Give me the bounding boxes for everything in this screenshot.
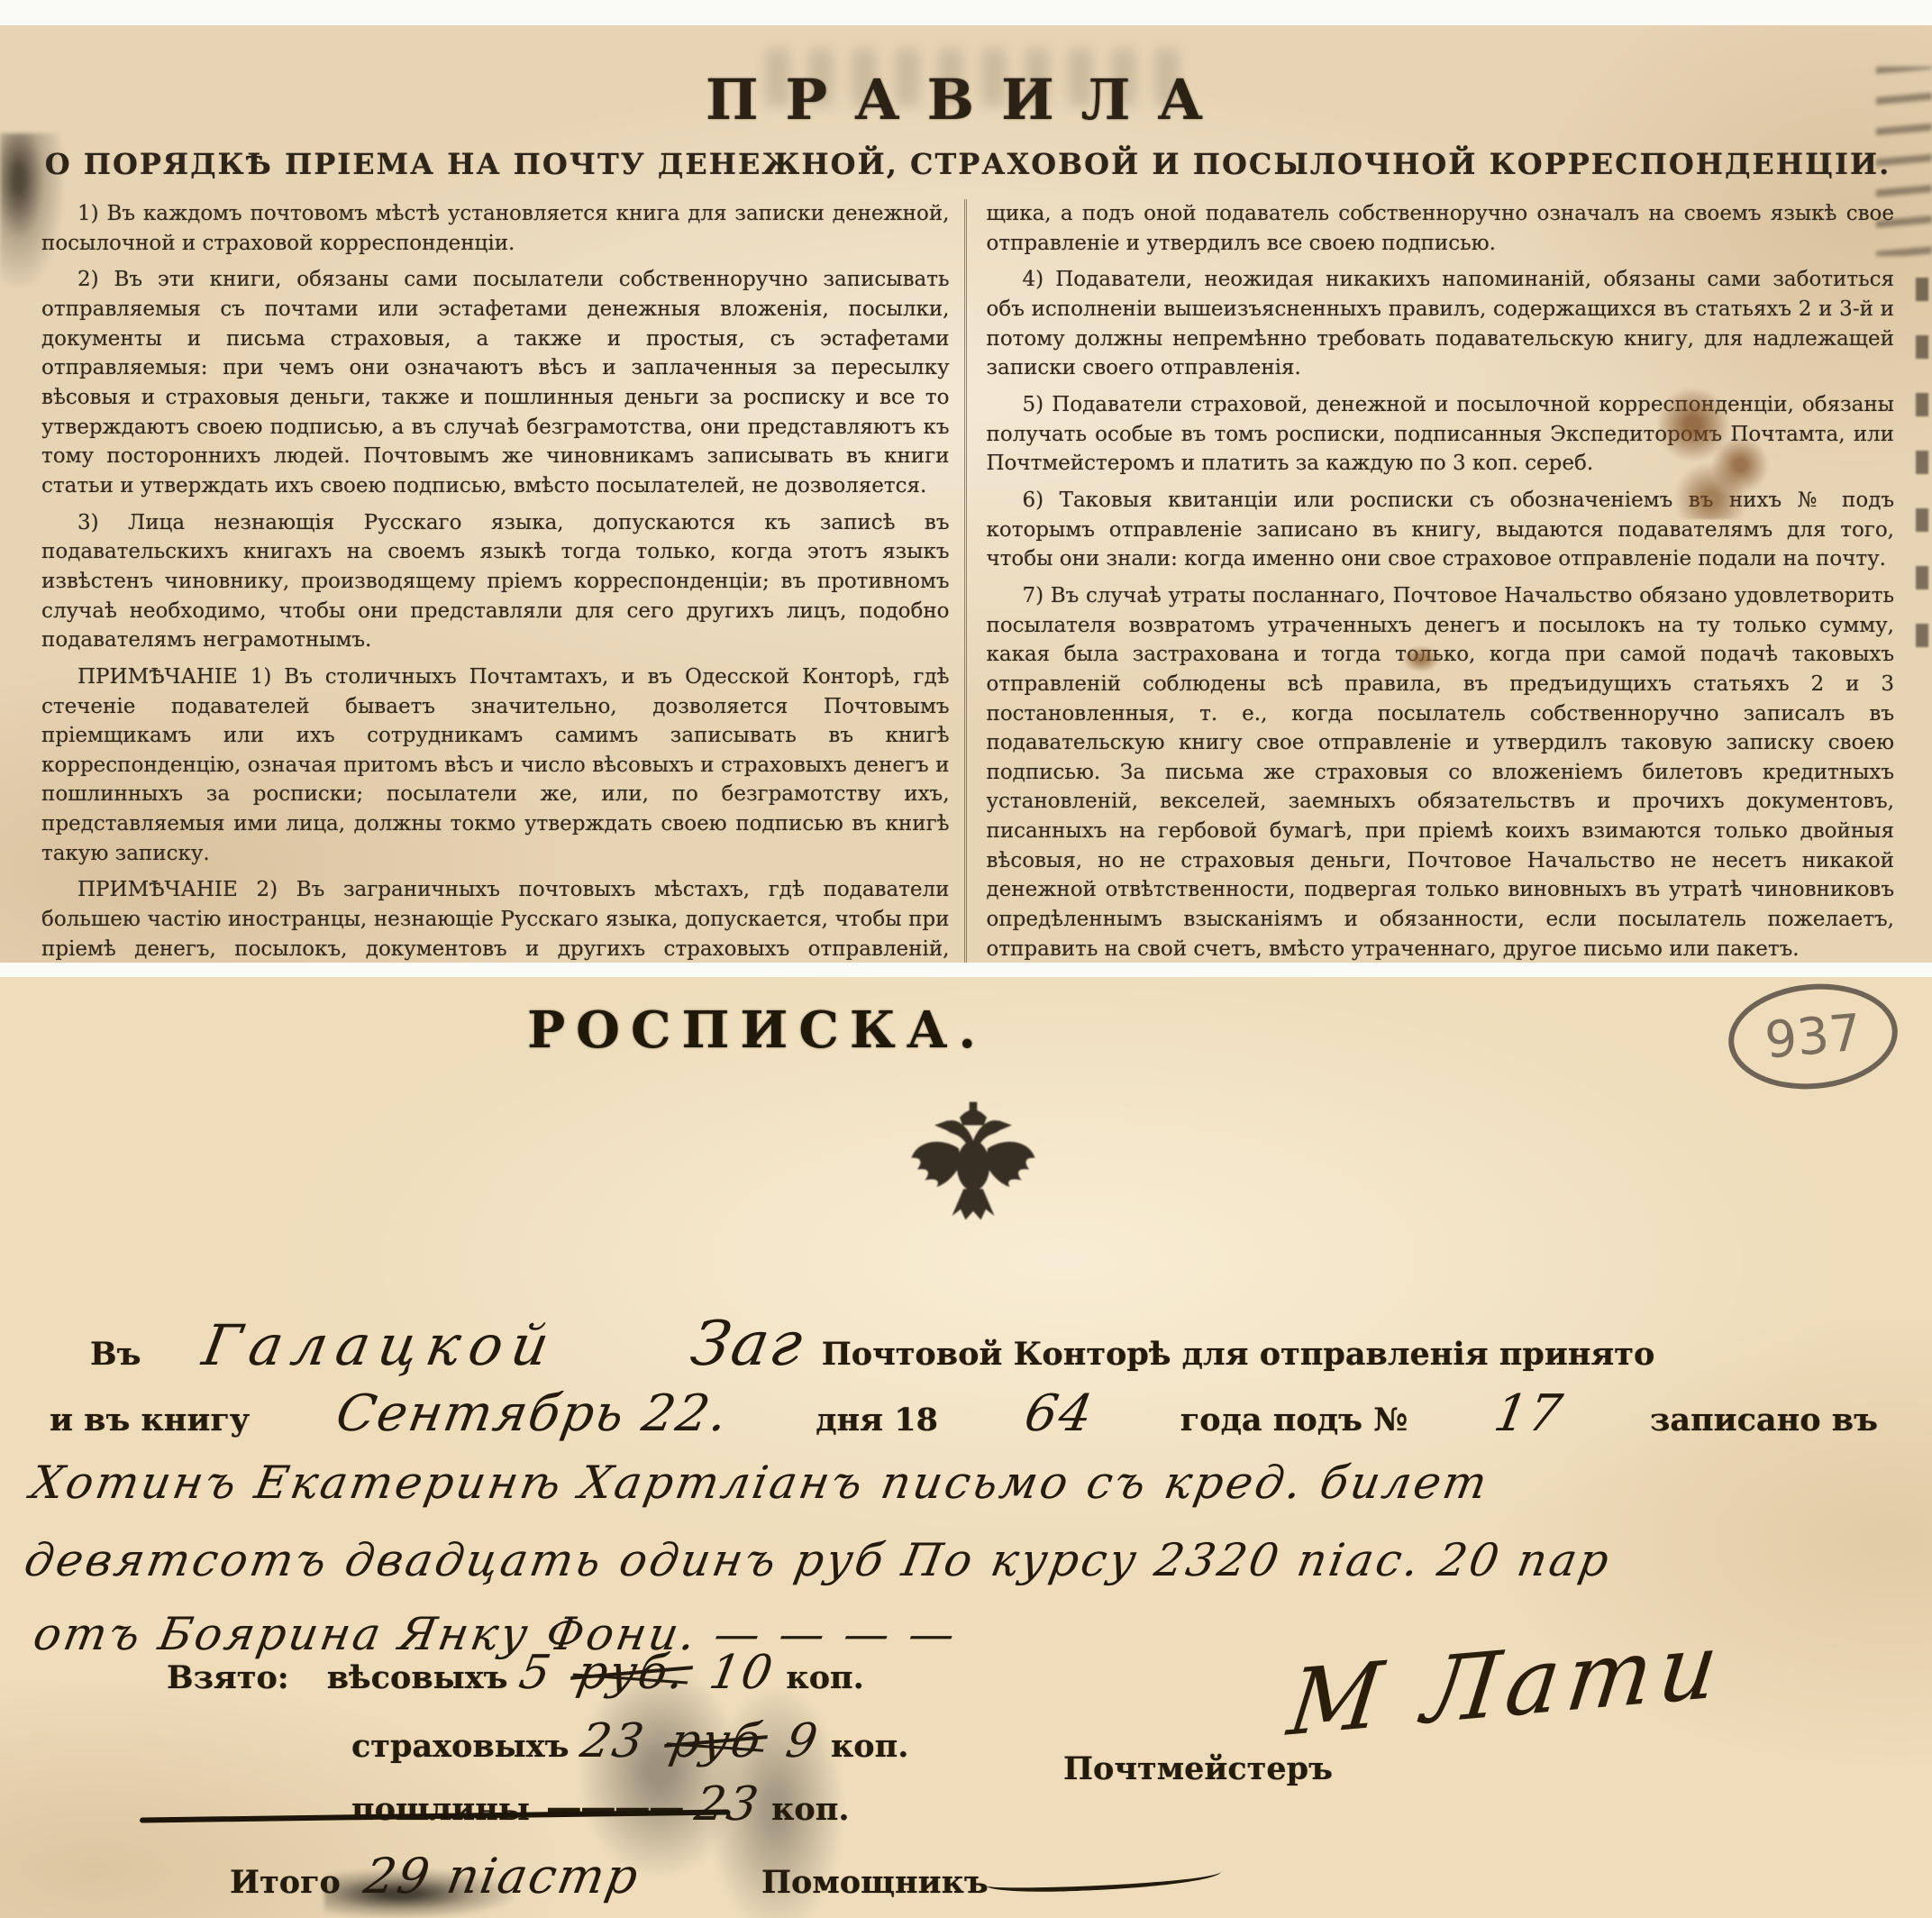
postmaster-label: Почтмейстеръ bbox=[1063, 1750, 1333, 1787]
charge-label: пошлины bbox=[351, 1791, 530, 1828]
office-label: Почтовой Конторѣ для отправленія принято bbox=[822, 1336, 1655, 1373]
in-label: Въ bbox=[90, 1336, 141, 1373]
rule-paragraph: 3) Лица незнающія Русскаго языка, допуск… bbox=[41, 508, 950, 655]
taken-label: Взято: bbox=[167, 1659, 289, 1696]
receipt-title: РОСПИСКА. bbox=[234, 1000, 1280, 1060]
day-label: дня 18 bbox=[816, 1402, 938, 1438]
rule-paragraph: 6) Таковыя квитанціи или росписки съ обо… bbox=[987, 486, 1895, 574]
rule-note-paragraph: ПРИМѢЧАНІЕ 1) Въ столичныхъ Почтамтахъ, … bbox=[41, 662, 950, 869]
handwritten-amount: 9 bbox=[782, 1714, 824, 1768]
handwritten-entry-line: Хотинъ Екатеринѣ Хартліанъ письмо съ кре… bbox=[27, 1457, 1493, 1509]
rules-document: ПРАВИЛА О ПОРЯДКѢ ПРІЕМА НА ПОЧТУ ДЕНЕЖН… bbox=[0, 25, 1932, 963]
handwritten-date: Сентябрь 22. bbox=[332, 1384, 734, 1443]
under-number-label: года подъ № bbox=[1180, 1402, 1408, 1438]
rule-note-paragraph: ПРИМѢЧАНІЕ 2) Въ заграничныхъ почтовыхъ … bbox=[41, 875, 950, 963]
rules-title: ПРАВИЛА bbox=[27, 67, 1909, 132]
book-label: и въ книгу bbox=[50, 1402, 250, 1438]
rule-paragraph-continuation: щика, а подъ оной подаватель собственнор… bbox=[987, 199, 1895, 258]
assistant-label: Помощникъ bbox=[761, 1864, 989, 1901]
rules-column-right: щика, а подъ оной подаватель собственнор… bbox=[964, 199, 1909, 963]
receipt-document: 937 РОСПИСКА. Въ Галацкой Заг Почтовой К… bbox=[0, 977, 1932, 1918]
receipt-office-line: Въ Галацкой Заг Почтовой Конторѣ для отп… bbox=[72, 1309, 1654, 1380]
receipt-registration-line: и въ книгу Сентябрь 22. дня 18 64 года п… bbox=[50, 1384, 1878, 1443]
rule-paragraph: 7) Въ случаѣ утраты посланнаго, Почтовое… bbox=[987, 581, 1895, 963]
handwritten-struck-word: руб bbox=[665, 1714, 766, 1768]
charge-row-insurance: страховыхъ 23 руб 9 коп. bbox=[351, 1714, 908, 1768]
handwritten-total: 29 піастр bbox=[360, 1848, 643, 1904]
rules-column-left: 1) Въ каждомъ почтовомъ мѣстѣ установляе… bbox=[27, 199, 964, 963]
handwritten-entry-number: 17 bbox=[1490, 1384, 1568, 1443]
pen-flourish bbox=[987, 1863, 1222, 1894]
charge-row-weighing: Взято: вѣсовыхъ 5 руб. 10 коп. bbox=[167, 1646, 864, 1700]
rules-subtitle: О ПОРЯДКѢ ПРІЕМА НА ПОЧТУ ДЕНЕЖНОЙ, СТРА… bbox=[27, 147, 1909, 181]
rule-paragraph: 1) Въ каждомъ почтовомъ мѣстѣ установляе… bbox=[41, 199, 950, 258]
handwritten-amount: 10 bbox=[706, 1646, 779, 1700]
pencil-inventory-number: 937 bbox=[1724, 977, 1901, 1096]
postmaster-signature: М Лати bbox=[1283, 1612, 1731, 1757]
recorded-label: записано въ bbox=[1650, 1402, 1878, 1438]
handwritten-entry-line: девятсотъ двадцать одинъ руб По курсу 23… bbox=[21, 1534, 1616, 1586]
handwritten-struck-word: руб. bbox=[572, 1646, 689, 1700]
handwritten-year: 64 bbox=[1020, 1384, 1098, 1443]
rule-paragraph: 4) Подаватели, неожидая никакихъ напомин… bbox=[987, 265, 1895, 383]
imperial-double-headed-eagle-icon bbox=[906, 1101, 1041, 1251]
charge-row-duty: пошлины ———— 23 коп. bbox=[351, 1777, 850, 1831]
rule-paragraph: 2) Въ эти книги, обязаны сами посылатели… bbox=[41, 265, 950, 500]
handwritten-amount: 23 bbox=[577, 1714, 650, 1768]
handwritten-amount: 5 bbox=[515, 1646, 557, 1700]
charge-label: вѣсовыхъ bbox=[327, 1659, 508, 1696]
total-label: Итого bbox=[230, 1864, 341, 1901]
kopeck-unit-label: коп. bbox=[771, 1791, 849, 1828]
printed-dash: ———— bbox=[546, 1786, 683, 1829]
charge-label: страховыхъ bbox=[351, 1728, 569, 1765]
handwritten-place-abbr: Заг bbox=[686, 1309, 809, 1380]
rule-paragraph: 5) Подаватели страховой, денежной и посы… bbox=[987, 390, 1895, 479]
kopeck-unit-label: коп. bbox=[786, 1659, 863, 1696]
handwritten-amount: 23 bbox=[691, 1777, 764, 1831]
kopeck-unit-label: коп. bbox=[831, 1728, 908, 1765]
rules-columns: 1) Въ каждомъ почтовомъ мѣстѣ установляе… bbox=[27, 199, 1909, 963]
handwritten-place: Галацкой bbox=[198, 1312, 563, 1378]
